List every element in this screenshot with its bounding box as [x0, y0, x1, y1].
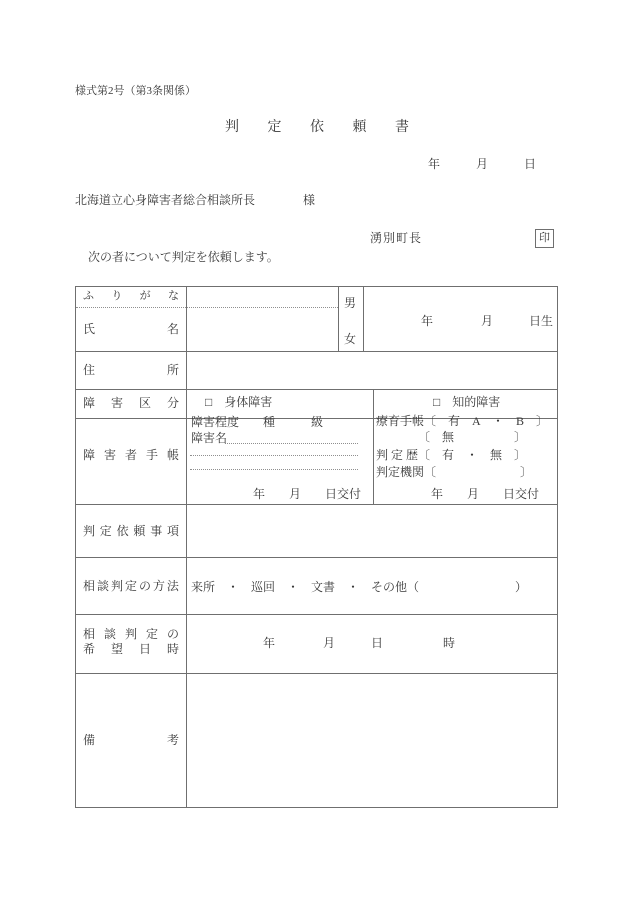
ryoiku-techo-line1: 療育手帳〔 有 A ・ B 〕 [376, 415, 548, 427]
method-options-line: 来所 ・ 巡回 ・ 文書 ・ その他（ ） [191, 581, 527, 593]
addressee-line: 北海道立心身障害者総合相談所長 様 [75, 194, 315, 206]
sex-female-label: 女 [344, 333, 356, 345]
name-label: 氏名 [76, 323, 186, 335]
request-items-label: 判定依頼事項 [76, 525, 186, 537]
sex-male-label: 男 [344, 297, 356, 309]
row-divider [76, 614, 557, 615]
method-label: 相談判定の方法 [76, 580, 186, 592]
sex-column-divider [363, 287, 364, 351]
sender-name: 湧別町長 [370, 232, 422, 244]
furigana-label: ふりがな [76, 291, 186, 302]
document-title: 判定依頼書 [225, 121, 438, 135]
request-form-table: ふりがな 氏名 男 女 年 月 日生 住所 障害区分 □ 身体障害 □ 知的障害… [75, 286, 558, 808]
category-column-divider [373, 389, 374, 504]
disability-name-dotted-rule [190, 455, 358, 456]
row-divider [76, 557, 557, 558]
document-page: 様式第2号（第3条関係） 判定依頼書 年 月 日 北海道立心身障害者総合相談所長… [0, 0, 630, 915]
judgment-organ-line: 判定機関〔 〕 [376, 466, 532, 478]
row-divider [76, 673, 557, 674]
ryoiku-issue-date-line: 年 月 日交付 [431, 488, 539, 500]
disability-name-dotted-rule [225, 443, 358, 444]
form-number: 様式第2号（第3条関係） [75, 86, 196, 97]
address-label: 住所 [76, 364, 186, 376]
label-column-divider [186, 287, 187, 807]
physical-grade-line: 障害程度 種 級 [191, 416, 323, 428]
certificate-label: 障害者手帳 [76, 449, 186, 461]
row-divider [76, 351, 557, 352]
desired-datetime-label-line2: 希望日時 [76, 643, 186, 655]
seal-mark: 印 [539, 233, 550, 244]
ryoiku-techo-line2: 〔 無 〕 [376, 431, 526, 443]
desired-datetime-label-line1: 相談判定の [76, 628, 186, 640]
judgment-history-line: 判 定 歴〔 有 ・ 無 〕 [376, 449, 526, 461]
disability-name-dotted-rule [190, 469, 358, 470]
category-physical-checkbox-option: □ 身体障害 [205, 396, 272, 408]
physical-issue-date-line: 年 月 日交付 [253, 488, 361, 500]
desired-datetime-line: 年 月 日 時 [263, 637, 455, 649]
category-intellectual-checkbox-option: □ 知的障害 [433, 396, 500, 408]
sex-column-divider [338, 287, 339, 351]
intro-line: 次の者について判定を依頼します。 [88, 251, 279, 263]
disability-name-label: 障害名 [191, 432, 227, 444]
birth-date-line: 年 月 日生 [421, 315, 553, 327]
seal-box: 印 [535, 229, 554, 248]
furigana-dotted-rule [76, 307, 338, 308]
row-divider [76, 389, 557, 390]
date-line: 年 月 日 [428, 158, 536, 170]
remarks-label: 備考 [76, 734, 186, 746]
category-label: 障害区分 [76, 397, 186, 409]
row-divider [76, 504, 557, 505]
